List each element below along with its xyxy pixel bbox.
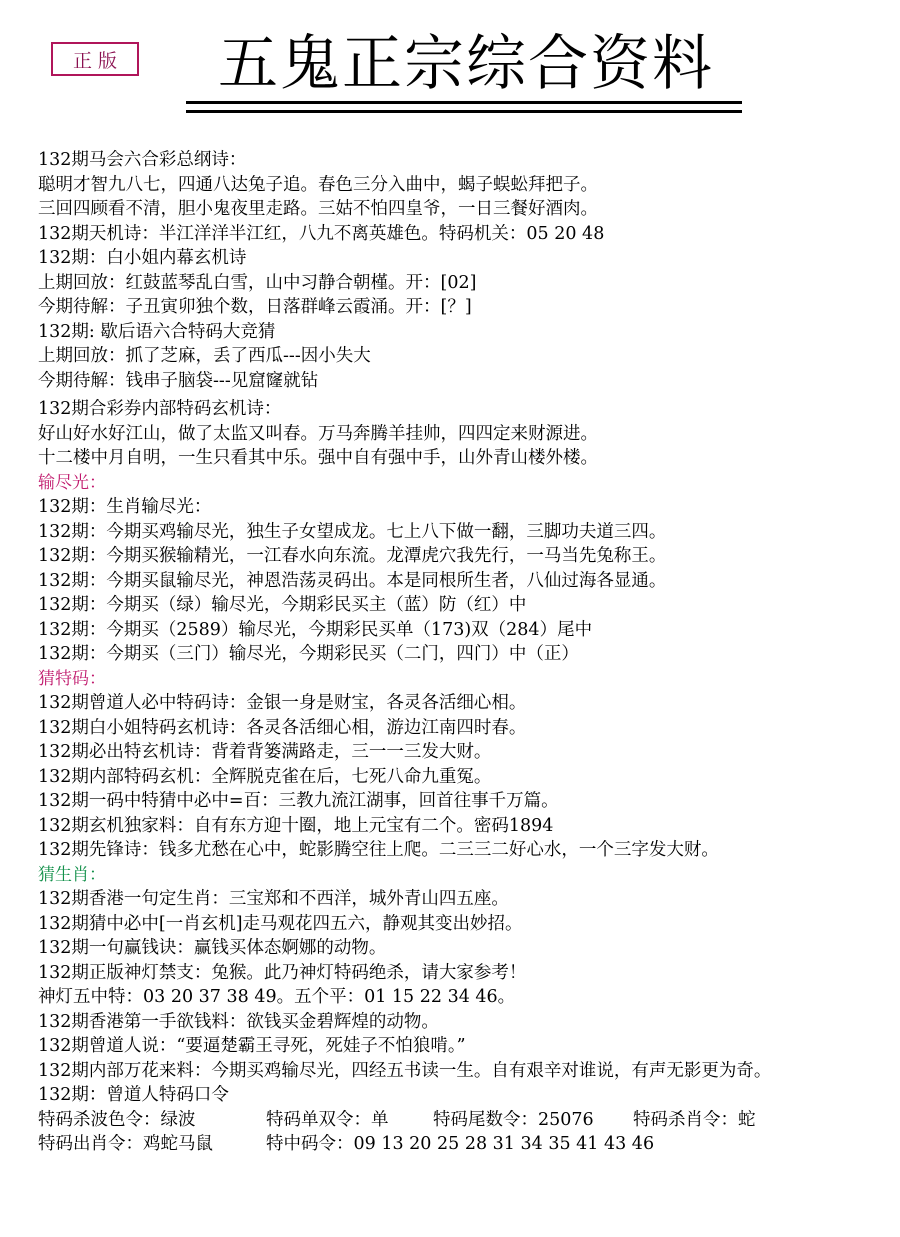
block-heading: 132期: 歇后语六合特码大竞猜 — [38, 320, 898, 345]
block-heading: 132期马会六合彩总纲诗： — [38, 148, 898, 173]
tianji-line: 132期天机诗：半江洋洋半江红，八九不离英雄色。特码机关：05 20 48 — [38, 222, 898, 247]
command-hit-codes: 特中码令：09 13 20 25 28 31 34 35 41 43 46 — [266, 1132, 654, 1157]
list-item: 132期：今期买（2589）输尽光，今期彩民买单（173)双（284）尾中 — [38, 618, 898, 643]
list-item: 132期内部特码玄机：全辉脱克雀在后，七死八命九重冤。 — [38, 765, 898, 790]
title-underline-top — [186, 101, 742, 104]
list-item: 132期先锋诗：钱多尤愁在心中，蛇影腾空往上爬。二三三二好心水，一个三字发大财。 — [38, 838, 898, 863]
edition-badge: 正版 — [51, 42, 139, 76]
list-item: 132期猜中必中[一肖玄机]走马观花四五六，静观其变出妙招。 — [38, 912, 898, 937]
current-period-pending: 今期待解：钱串子脑袋---见窟窿就钻 — [38, 369, 898, 394]
command-kill-color: 特码杀波色令：绿波 — [38, 1108, 266, 1133]
section-title-guess-zodiac: 猜生肖： — [38, 863, 898, 888]
block-heading: 132期合彩券内部特码玄机诗： — [38, 397, 898, 422]
block-xiehouyu-guess: 132期: 歇后语六合特码大竞猜 上期回放：抓了芝麻，丢了西瓜---因小失大 今… — [38, 320, 898, 394]
command-tail-number: 特码尾数令：25076 — [433, 1108, 633, 1133]
list-item: 132期曾道人必中特码诗：金银一身是财宝，各灵各活细心相。 — [38, 691, 898, 716]
list-item: 132期：曾道人特码口令 — [38, 1083, 898, 1108]
block-general-poem: 132期马会六合彩总纲诗： 聪明才智九八七，四通八达兔子追。春色三分入曲中，蝎子… — [38, 148, 898, 246]
list-item: 132期香港一句定生肖：三宝郑和不西洋，城外青山四五座。 — [38, 887, 898, 912]
section-guess-code: 猜特码： 132期曾道人必中特码诗：金银一身是财宝，各灵各活细心相。 132期白… — [38, 667, 898, 863]
command-row: 特码杀波色令：绿波 特码单双令：单 特码尾数令：25076 特码杀肖令：蛇 — [38, 1108, 898, 1133]
section-title-lose-all: 输尽光： — [38, 471, 898, 496]
document-body: 132期马会六合彩总纲诗： 聪明才智九八七，四通八达兔子追。春色三分入曲中，蝎子… — [38, 148, 898, 1157]
block-internal-poem: 132期合彩券内部特码玄机诗： 好山好水好江山，做了太监又叫春。万马奔腾羊挂帅，… — [38, 397, 898, 471]
poem-line: 好山好水好江山，做了太监又叫春。万马奔腾羊挂帅，四四定来财源进。 — [38, 422, 898, 447]
list-item: 132期内部万花来料：今期买鸡输尽光，四经五书读一生。自有艰辛对谁说，有声无影更… — [38, 1059, 898, 1084]
section-title-guess-code: 猜特码： — [38, 667, 898, 692]
poem-line: 聪明才智九八七，四通八达兔子追。春色三分入曲中，蝎子蜈蚣拜把子。 — [38, 173, 898, 198]
list-item: 132期：今期买（绿）输尽光，今期彩民买主（蓝）防（红）中 — [38, 593, 898, 618]
list-item: 132期曾道人说：“要逼楚霸王寻死，死娃子不怕狼啃。” — [38, 1034, 898, 1059]
command-block: 特码杀波色令：绿波 特码单双令：单 特码尾数令：25076 特码杀肖令：蛇 特码… — [38, 1108, 898, 1157]
page-title: 五鬼正宗综合资料 — [186, 28, 746, 100]
list-item: 132期：今期买（三门）输尽光，今期彩民买（二门，四门）中（正） — [38, 642, 898, 667]
current-period-pending: 今期待解：子丑寅卯独个数，日落群峰云霞涌。开：[？] — [38, 295, 898, 320]
section-guess-zodiac: 猜生肖： 132期香港一句定生肖：三宝郑和不西洋，城外青山四五座。 132期猜中… — [38, 863, 898, 1108]
list-item: 132期香港第一手欲钱料：欲钱买金碧辉煌的动物。 — [38, 1010, 898, 1035]
poem-line: 三回四顾看不清，胆小鬼夜里走路。三姑不怕四皇爷，一日三餐好酒肉。 — [38, 197, 898, 222]
list-item: 132期必出特玄机诗：背着背篓满路走，三一一三发大财。 — [38, 740, 898, 765]
list-item: 132期一句赢钱诀：赢钱买体态婀娜的动物。 — [38, 936, 898, 961]
last-period-replay: 上期回放：抓了芝麻，丢了西瓜---因小失大 — [38, 344, 898, 369]
block-heading: 132期：白小姐内幕玄机诗 — [38, 246, 898, 271]
list-item: 神灯五中特：03 20 37 38 49。五个平：01 15 22 34 46。 — [38, 985, 898, 1010]
command-out-zodiac: 特码出肖令：鸡蛇马鼠 — [38, 1132, 266, 1157]
command-odd-even: 特码单双令：单 — [266, 1108, 433, 1133]
list-item: 132期：生肖输尽光： — [38, 495, 898, 520]
section-lose-all: 输尽光： 132期：生肖输尽光： 132期：今期买鸡输尽光，独生子女望成龙。七上… — [38, 471, 898, 667]
title-underline-bottom — [186, 110, 742, 113]
list-item: 132期：今期买鼠输尽光，神恩浩荡灵码出。本是同根所生者，八仙过海各显通。 — [38, 569, 898, 594]
command-row: 特码出肖令：鸡蛇马鼠 特中码令：09 13 20 25 28 31 34 35 … — [38, 1132, 898, 1157]
list-item: 132期正版神灯禁支：兔猴。此乃神灯特码绝杀，请大家参考！ — [38, 961, 898, 986]
list-item: 132期玄机独家料：自有东方迎十圈，地上元宝有二个。密码1894 — [38, 814, 898, 839]
list-item: 132期：今期买猴输精光，一江春水向东流。龙潭虎穴我先行，一马当先兔称王。 — [38, 544, 898, 569]
command-kill-zodiac: 特码杀肖令：蛇 — [633, 1108, 756, 1133]
list-item: 132期一码中特猜中必中=百：三教九流江湖事，回首往事千万篇。 — [38, 789, 898, 814]
last-period-replay: 上期回放：红鼓蓝琴乱白雪，山中习静合朝槿。开：[02] — [38, 271, 898, 296]
list-item: 132期：今期买鸡输尽光，独生子女望成龙。七上八下做一翻，三脚功夫道三四。 — [38, 520, 898, 545]
poem-line: 十二楼中月自明，一生只看其中乐。强中自有强中手，山外青山楼外楼。 — [38, 446, 898, 471]
list-item: 132期白小姐特码玄机诗：各灵各活细心相，游边江南四时春。 — [38, 716, 898, 741]
block-bai-xiaojie-poem: 132期：白小姐内幕玄机诗 上期回放：红鼓蓝琴乱白雪，山中习静合朝槿。开：[02… — [38, 246, 898, 320]
